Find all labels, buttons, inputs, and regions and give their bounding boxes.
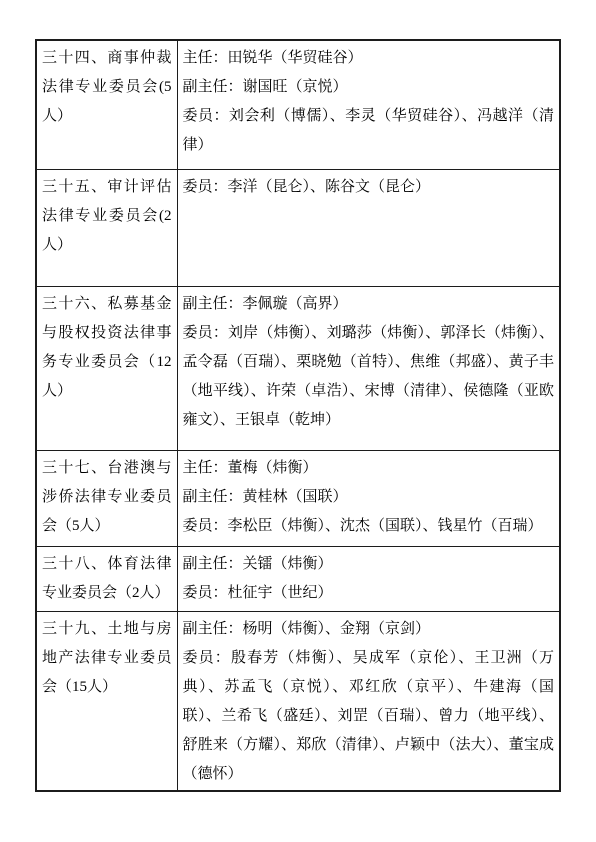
member-entry: 主任：董梅（炜衡） (183, 454, 555, 483)
table-row: 三十八、体育法律专业委员会（2人） 副主任：关镭（炜衡） 委员：杜征宇（世纪） (36, 546, 560, 611)
member-entry: 委员：李洋（昆仑）、陈谷文（昆仑） (183, 173, 555, 202)
committee-table: 三十四、商事仲裁法律专业委员会(5人） 主任：田锐华（华贸硅谷） 副主任：谢国旺… (35, 39, 561, 792)
members-cell: 委员：李洋（昆仑）、陈谷文（昆仑） (177, 169, 560, 286)
member-entry: 副主任：谢国旺（京悦） (183, 73, 555, 102)
committee-name: 三十九、土地与房地产法律专业委员会（15人） (42, 621, 172, 695)
committee-name: 三十八、体育法律专业委员会（2人） (42, 556, 172, 601)
table-row: 三十四、商事仲裁法律专业委员会(5人） 主任：田锐华（华贸硅谷） 副主任：谢国旺… (36, 40, 560, 169)
member-entry: 委员：李松臣（炜衡）、沈杰（国联）、钱星竹（百瑞） (183, 512, 555, 541)
members-cell: 主任：董梅（炜衡） 副主任：黄桂林（国联） 委员：李松臣（炜衡）、沈杰（国联）、… (177, 450, 560, 546)
table-row: 三十九、土地与房地产法律专业委员会（15人） 副主任：杨明（炜衡）、金翔（京剑）… (36, 611, 560, 791)
committee-cell: 三十八、体育法律专业委员会（2人） (36, 546, 177, 611)
member-entry: 委员：刘岸（炜衡）、刘璐莎（炜衡）、郭泽长（炜衡）、孟令磊（百瑞）、栗晓勉（首特… (183, 319, 555, 435)
committee-cell: 三十九、土地与房地产法律专业委员会（15人） (36, 611, 177, 791)
committee-name: 三十五、审计评估法律专业委员会(2人） (42, 179, 172, 253)
member-entry: 委员：杜征宇（世纪） (183, 579, 555, 608)
member-entry: 主任：田锐华（华贸硅谷） (183, 44, 555, 73)
table-row: 三十六、私募基金与股权投资法律事务专业委员会（12人） 副主任：李佩璇（高界） … (36, 286, 560, 450)
member-entry: 委员：殷春芳（炜衡）、吴成军（京伦）、王卫洲（万典）、苏孟飞（京悦）、邓红欣（京… (183, 644, 555, 789)
member-entry: 委员：刘会利（博儒）、李灵（华贸硅谷）、冯越洋（清律） (183, 102, 555, 160)
member-entry: 副主任：李佩璇（高界） (183, 290, 555, 319)
committee-name: 三十六、私募基金与股权投资法律事务专业委员会（12人） (42, 296, 172, 399)
document-page: 三十四、商事仲裁法律专业委员会(5人） 主任：田锐华（华贸硅谷） 副主任：谢国旺… (0, 0, 596, 842)
members-cell: 副主任：李佩璇（高界） 委员：刘岸（炜衡）、刘璐莎（炜衡）、郭泽长（炜衡）、孟令… (177, 286, 560, 450)
committee-cell: 三十六、私募基金与股权投资法律事务专业委员会（12人） (36, 286, 177, 450)
committee-name: 三十七、台港澳与涉侨法律专业委员会（5人） (42, 460, 172, 534)
member-entry: 副主任：关镭（炜衡） (183, 550, 555, 579)
committee-cell: 三十四、商事仲裁法律专业委员会(5人） (36, 40, 177, 169)
member-entry: 副主任：黄桂林（国联） (183, 483, 555, 512)
committee-cell: 三十七、台港澳与涉侨法律专业委员会（5人） (36, 450, 177, 546)
table-row: 三十五、审计评估法律专业委员会(2人） 委员：李洋（昆仑）、陈谷文（昆仑） (36, 169, 560, 286)
members-cell: 副主任：杨明（炜衡）、金翔（京剑） 委员：殷春芳（炜衡）、吴成军（京伦）、王卫洲… (177, 611, 560, 791)
members-cell: 主任：田锐华（华贸硅谷） 副主任：谢国旺（京悦） 委员：刘会利（博儒）、李灵（华… (177, 40, 560, 169)
member-entry: 副主任：杨明（炜衡）、金翔（京剑） (183, 615, 555, 644)
committee-cell: 三十五、审计评估法律专业委员会(2人） (36, 169, 177, 286)
members-cell: 副主任：关镭（炜衡） 委员：杜征宇（世纪） (177, 546, 560, 611)
table-row: 三十七、台港澳与涉侨法律专业委员会（5人） 主任：董梅（炜衡） 副主任：黄桂林（… (36, 450, 560, 546)
committee-name: 三十四、商事仲裁法律专业委员会(5人） (42, 50, 172, 124)
